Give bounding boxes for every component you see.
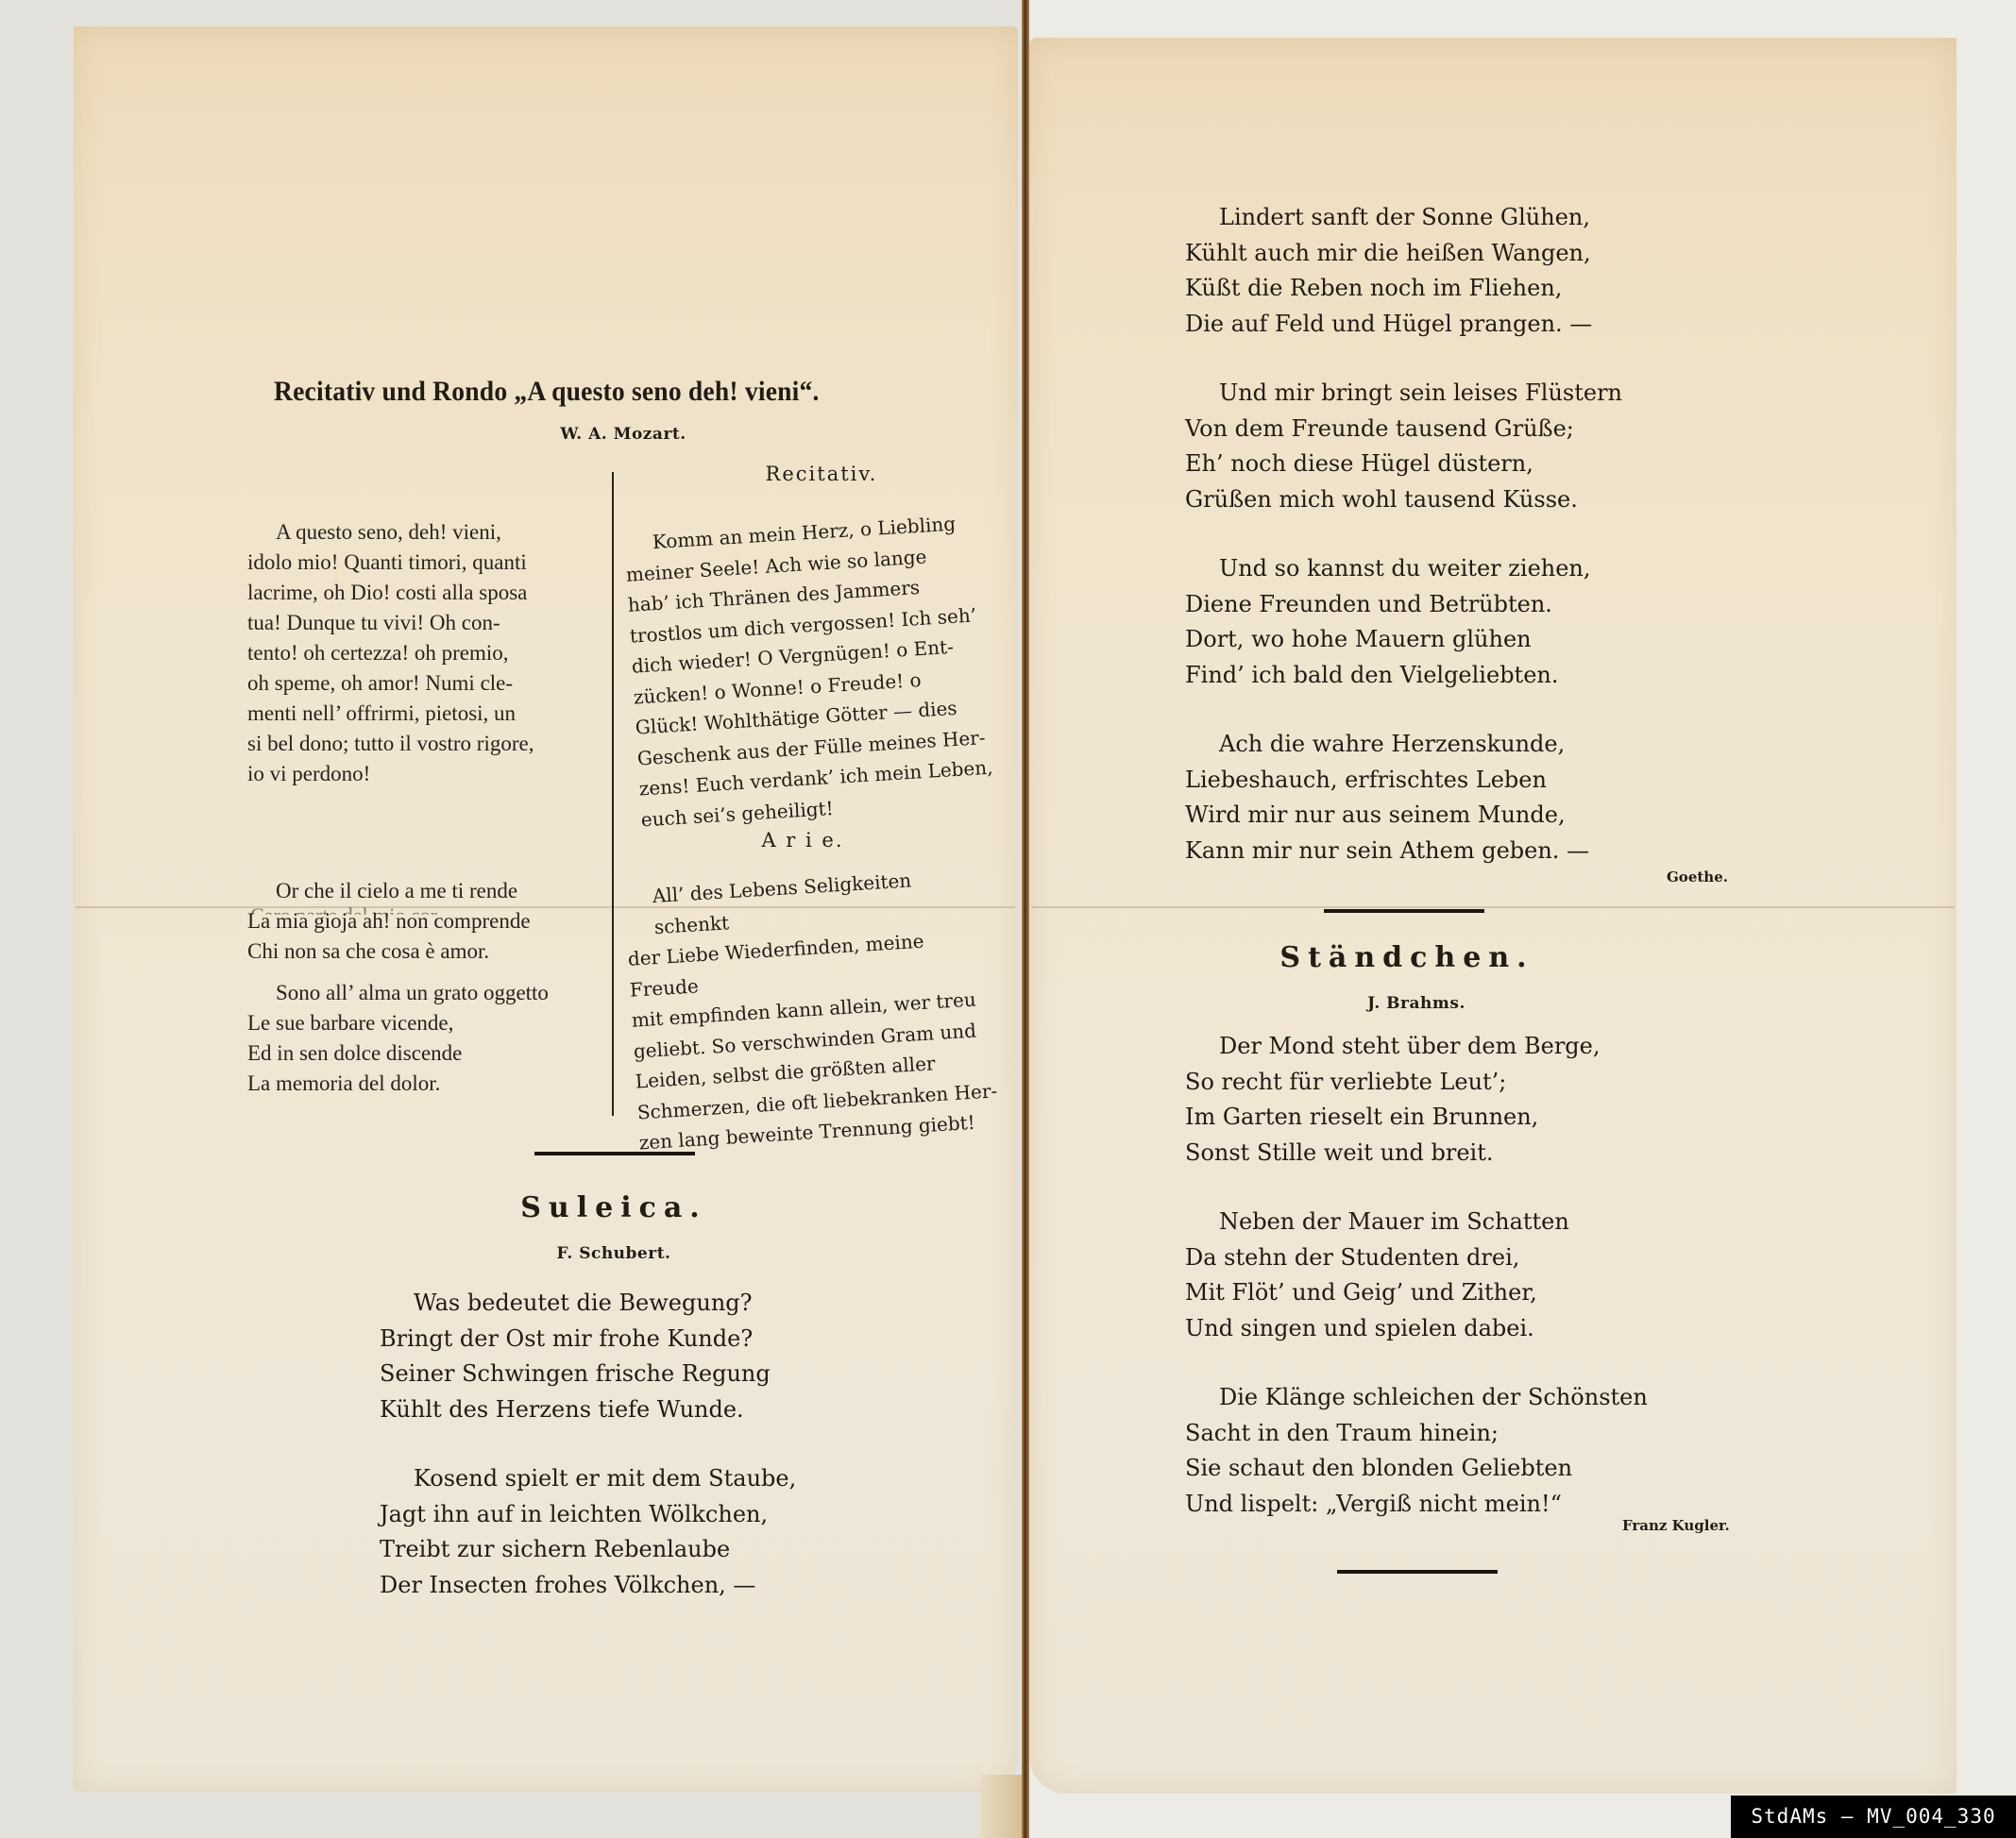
poem-line: Mit Flöt’ und Geig’ und Zither,	[1185, 1275, 1714, 1311]
text-line: Sono all’ alma un grato oggetto	[247, 978, 616, 1008]
section-divider	[1324, 909, 1484, 913]
poem-line: Sacht in den Traum hinein;	[1185, 1416, 1714, 1452]
poem-line: Und singen und spielen dabei.	[1185, 1311, 1714, 1347]
text-line: Le sue barbare vicende,	[247, 1008, 616, 1038]
poem-line: Ach die wahre Herzenskunde,	[1185, 727, 1714, 763]
poem-line: Der Mond steht über dem Berge,	[1185, 1029, 1714, 1065]
staendchen-poem: Der Mond steht über dem Berge, So recht …	[1185, 1029, 1714, 1556]
text-line: io vi perdono!	[247, 759, 606, 789]
german-aria: All’ des Lebens Seligkeiten schenkt der …	[623, 860, 1008, 1158]
suleica-title: Suleica.	[453, 1191, 774, 1224]
text-line: Ed in sen dolce discende	[247, 1038, 616, 1069]
book-gutter	[1022, 0, 1029, 1838]
poem-line: Der Insecten frohes Völkchen, —	[380, 1568, 833, 1604]
arie-heading: A r i e.	[689, 829, 916, 852]
text-line: idolo mio! Quanti timori, quanti	[247, 548, 606, 578]
staendchen-title: Ständchen.	[1256, 941, 1558, 974]
poem-line: Was bedeutet die Bewegung?	[380, 1286, 833, 1322]
suleica-continued-poem: Lindert sanft der Sonne Glühen, Kühlt au…	[1185, 200, 1714, 902]
stanza: Kosend spielt er mit dem Staube, Jagt ih…	[380, 1461, 833, 1603]
paper-fold-right	[1031, 906, 1955, 908]
suleica-composer: F. Schubert.	[500, 1244, 727, 1263]
poem-line: Treibt zur sichern Rebenlaube	[380, 1532, 833, 1568]
text-line: lacrime, oh Dio! costi alla sposa	[247, 578, 606, 608]
text-line: La memoria del dolor.	[247, 1069, 616, 1099]
text-line: La mia gioja ah! non comprende	[247, 906, 616, 936]
text-line: Chi non sa che cosa è amor.	[247, 936, 616, 967]
poem-line: Kühlt auch mir die heißen Wangen,	[1185, 236, 1714, 272]
stanza: Der Mond steht über dem Berge, So recht …	[1185, 1029, 1714, 1171]
poem-line: So recht für verliebte Leut’;	[1185, 1065, 1714, 1101]
poem-line: Und so kannst du weiter ziehen,	[1185, 551, 1714, 587]
stanza: Was bedeutet die Bewegung? Bringt der Os…	[380, 1286, 833, 1427]
book-spine-edge	[980, 1775, 1022, 1838]
text-line: Or che il cielo a me ti rende	[247, 876, 616, 906]
text-line: A questo seno, deh! vieni,	[247, 517, 606, 548]
poem-line: Jagt ihn auf in leichten Wölkchen,	[380, 1497, 833, 1533]
section-divider	[534, 1152, 695, 1155]
poem-line: Kühlt des Herzens tiefe Wunde.	[380, 1392, 833, 1428]
suleica-poem: Was bedeutet die Bewegung? Bringt der Os…	[380, 1286, 833, 1637]
poem-line: Im Garten rieselt ein Brunnen,	[1185, 1100, 1714, 1136]
kugler-attribution: Franz Kugler.	[1622, 1517, 1730, 1534]
poem-line: Küßt die Reben noch im Fliehen,	[1185, 271, 1714, 307]
stanza: Ach die wahre Herzenskunde, Liebeshauch,…	[1185, 727, 1714, 868]
poem-line: Kosend spielt er mit dem Staube,	[380, 1461, 833, 1497]
poem-line: Die auf Feld und Hügel prangen. —	[1185, 307, 1714, 343]
poem-line: Sonst Stille weit und breit.	[1185, 1136, 1714, 1172]
text-line: tua! Dunque tu vivi! Oh con-	[247, 608, 606, 638]
stanza: Und so kannst du weiter ziehen, Diene Fr…	[1185, 551, 1714, 693]
poem-line: Kann mir nur sein Athem geben. —	[1185, 834, 1714, 869]
mozart-title: Recitativ und Rondo „A questo seno deh! …	[274, 376, 917, 408]
poem-line: Von dem Freunde tausend Grüße;	[1185, 412, 1714, 447]
text-line: si bel dono; tutto il vostro rigore,	[247, 729, 606, 759]
italian-recitative: A questo seno, deh! vieni, idolo mio! Qu…	[247, 517, 606, 789]
poem-line: Lindert sanft der Sonne Glühen,	[1185, 200, 1714, 236]
stanza: Die Klänge schleichen der Schönsten Sach…	[1185, 1380, 1714, 1522]
goethe-attribution: Goethe.	[1667, 868, 1728, 885]
text-line: menti nell’ offrirmi, pietosi, un	[247, 699, 606, 729]
stanza: Neben der Mauer im Schatten Da stehn der…	[1185, 1205, 1714, 1346]
mozart-composer: W. A. Mozart.	[529, 425, 718, 444]
poem-line: Wird mir nur aus seinem Munde,	[1185, 798, 1714, 834]
column-divider	[612, 472, 614, 1116]
text-line: tento! oh certezza! oh premio,	[247, 638, 606, 668]
stanza: Und mir bringt sein leises Flüstern Von …	[1185, 376, 1714, 517]
poem-line: Und mir bringt sein leises Flüstern	[1185, 376, 1714, 412]
poem-line: Seiner Schwingen frische Regung	[380, 1357, 833, 1392]
poem-line: Diene Freunden und Betrübten.	[1185, 587, 1714, 623]
text-line: oh speme, oh amor! Numi cle-	[247, 668, 606, 699]
italian-aria: Or che il cielo a me ti rende La mia gio…	[247, 876, 616, 1099]
section-divider	[1337, 1570, 1498, 1574]
poem-line: Find’ ich bald den Vielgeliebten.	[1185, 658, 1714, 694]
poem-line: Da stehn der Studenten drei,	[1185, 1240, 1714, 1276]
recitativ-heading: Recitativ.	[680, 463, 963, 485]
archive-watermark: StdAMs – MV_004_330	[1731, 1796, 2016, 1838]
poem-line: Neben der Mauer im Schatten	[1185, 1205, 1714, 1240]
german-recitative: Komm an mein Herz, o Liebling meiner See…	[623, 506, 1009, 835]
poem-line: Bringt der Ost mir frohe Kunde?	[380, 1322, 833, 1357]
poem-line: Grüßen mich wohl tausend Küsse.	[1185, 482, 1714, 518]
poem-line: Dort, wo hohe Mauern glühen	[1185, 622, 1714, 658]
stanza: Lindert sanft der Sonne Glühen, Kühlt au…	[1185, 200, 1714, 342]
poem-line: Eh’ noch diese Hügel düstern,	[1185, 447, 1714, 482]
staendchen-composer: J. Brahms.	[1322, 994, 1511, 1013]
poem-line: Sie schaut den blonden Geliebten	[1185, 1451, 1714, 1487]
poem-line: Die Klänge schleichen der Schönsten	[1185, 1380, 1714, 1416]
poem-line: Liebeshauch, erfrischtes Leben	[1185, 763, 1714, 799]
